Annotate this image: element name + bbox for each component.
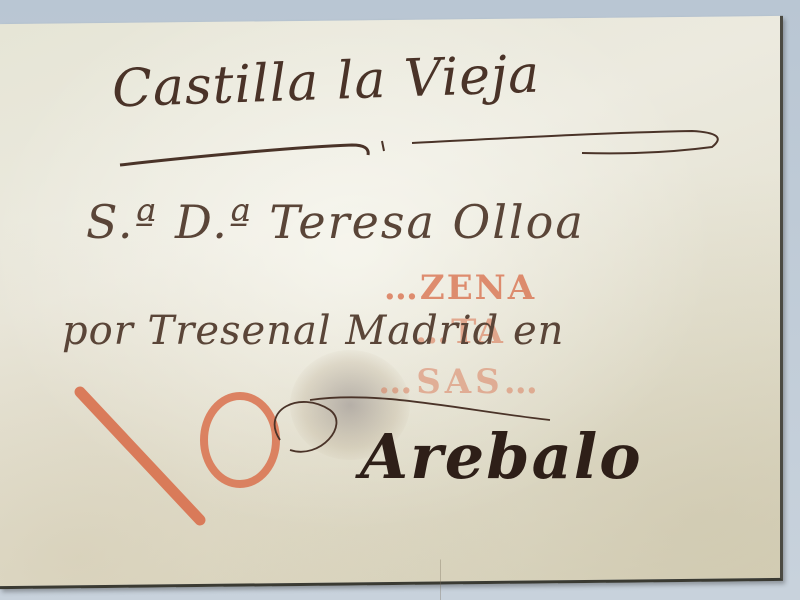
paper-fold	[440, 559, 441, 600]
handwriting-destination: Arebalo	[360, 420, 643, 493]
handwriting-routing: por Tresenal Madrid en	[62, 308, 564, 354]
handwriting-addressee: S.ª D.ª Teresa Olloa	[86, 195, 585, 249]
postmark-line-1: …ZENA	[310, 268, 610, 308]
underline-flourish	[112, 125, 732, 175]
